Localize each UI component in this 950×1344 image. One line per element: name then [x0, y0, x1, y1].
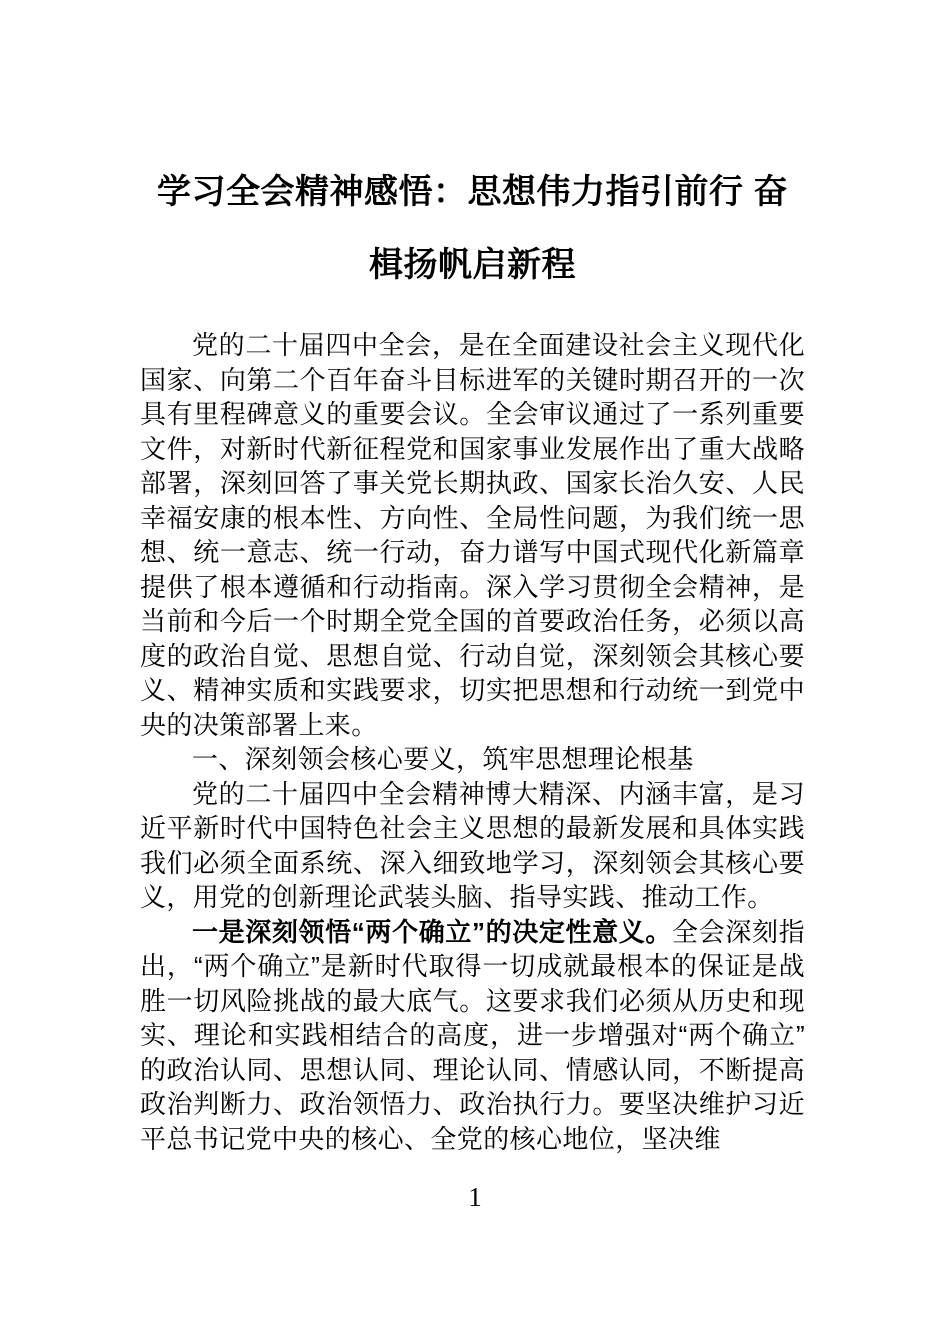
- section-heading: 一、深刻领会核心要义，筑牢思想理论根基: [140, 742, 805, 777]
- document-body: 党的二十届四中全会，是在全面建设社会主义现代化国家、向第二个百年奋斗目标进军的关…: [140, 328, 805, 1156]
- page-number: 1: [0, 1180, 950, 1214]
- paragraph-text: 全会深刻指出，“两个确立”是新时代取得一切成就最根本的保证是战胜一切风险挑战的最…: [140, 917, 805, 1154]
- document-title: 学习全会精神感悟：思想伟力指引前行 奋楫扬帆启新程: [140, 156, 805, 302]
- paragraph-bold-lead: 一是深刻领悟“两个确立”的决定性意义。: [192, 917, 672, 947]
- paragraph-core-meaning: 党的二十届四中全会精神博大精深、内涵丰富，是习近平新时代中国特色社会主义思想的最…: [140, 777, 805, 915]
- paragraph-intro: 党的二十届四中全会，是在全面建设社会主义现代化国家、向第二个百年奋斗目标进军的关…: [140, 328, 805, 742]
- document-page: 学习全会精神感悟：思想伟力指引前行 奋楫扬帆启新程 党的二十届四中全会，是在全面…: [0, 0, 950, 1344]
- paragraph-two-establishments: 一是深刻领悟“两个确立”的决定性意义。全会深刻指出，“两个确立”是新时代取得一切…: [140, 915, 805, 1157]
